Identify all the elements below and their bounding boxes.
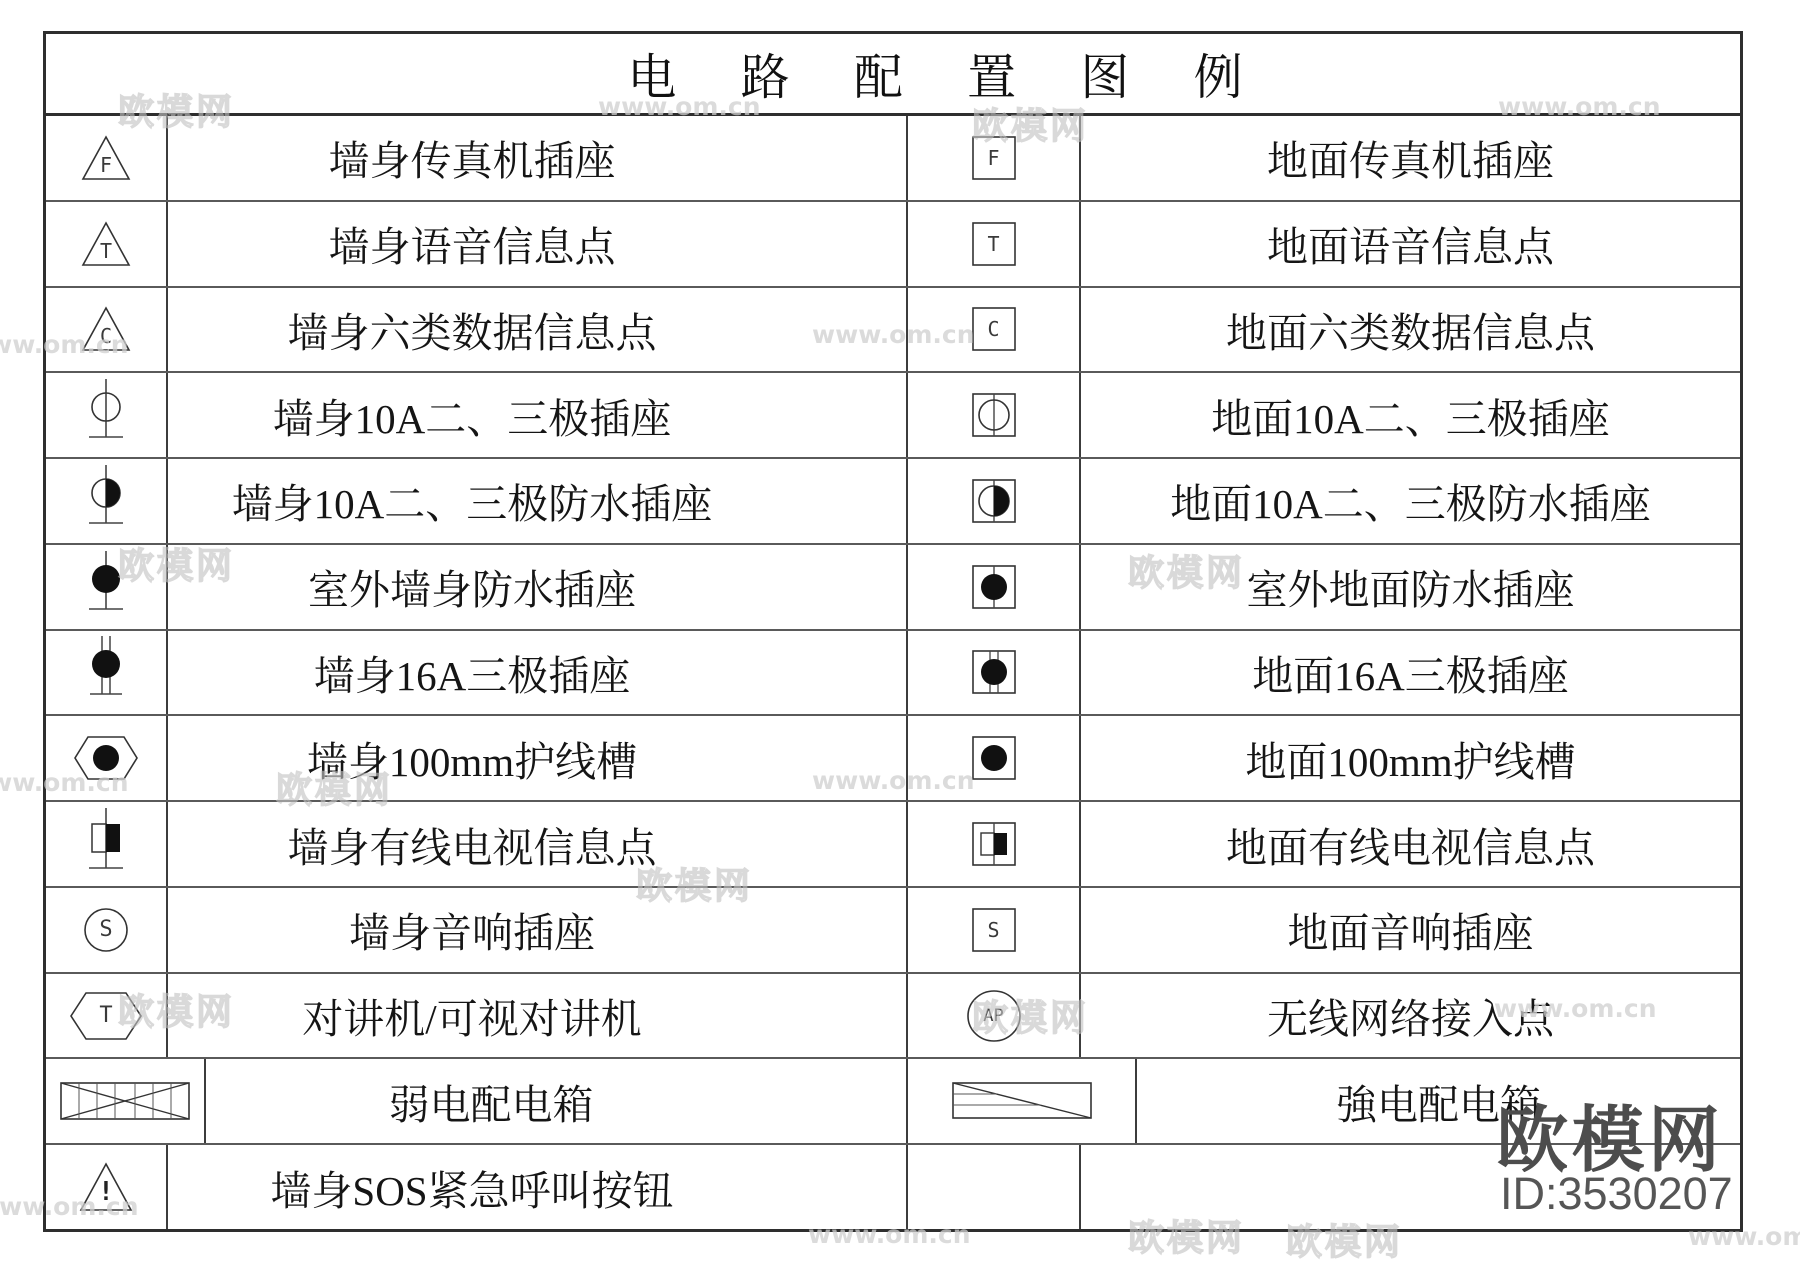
symbol-cell [908,631,1081,715]
triangle-f-icon: F [81,135,131,181]
legend-table: 电 路 配 置 图 例 F 墙身传真机插座 F 地面传真机插座 [43,31,1743,1232]
legend-row: T 墙身语音信息点 T 地面语音信息点 [46,202,1740,288]
legend-label: 墙身传真机插座 [329,128,616,187]
legend-label: 地面语音信息点 [1267,214,1554,273]
square-f-icon: F [971,135,1017,181]
description-cell: 对讲机/可视对讲机 [168,974,908,1058]
legend-row: 墙身10A二、三极插座 地面10A二、三极插座 [46,373,1740,459]
description-cell: 地面10A二、三极插座 [1081,373,1740,457]
description-cell: 地面16A三极插座 [1081,631,1740,715]
legend-label: 墙身100mm护线槽 [307,729,637,788]
square-dot-line-icon [971,564,1017,610]
symbol-cell: S [46,888,168,972]
legend-row: 墙身100mm护线槽 地面100mm护线槽 [46,716,1740,802]
description-cell: 室外墙身防水插座 [168,545,908,629]
symbol-cell [46,545,168,629]
legend-row: C 墙身六类数据信息点 C 地面六类数据信息点 [46,288,1740,374]
legend-label: 地面100mm护线槽 [1245,729,1575,788]
triangle-t-icon: T [81,221,131,267]
description-cell: 地面音响插座 [1081,888,1740,972]
symbol-cell [46,802,168,886]
symbol-letter: F [971,135,1017,181]
circle-socket-icon [86,377,126,453]
circle-s-icon: S [82,906,130,954]
legend-row: 墙身10A二、三极防水插座 地面10A二、三极防水插座 [46,459,1740,545]
diagonal-box-icon [951,1081,1093,1121]
symbol-letter: T [971,221,1017,267]
symbol-cell [46,373,168,457]
site-id-label: ID:3530207 [1500,1168,1718,1220]
square-circle-icon [971,392,1017,438]
legend-row: F 墙身传真机插座 F 地面传真机插座 [46,116,1740,202]
symbol-cell: C [46,288,168,372]
symbol-cell: F [908,116,1081,200]
warning-triangle-icon: ! [79,1162,133,1212]
legend-label: 地面六类数据信息点 [1226,300,1595,359]
legend-label: 墙身10A二、三极插座 [273,386,672,445]
legend-label: 地面16A三极插座 [1252,643,1569,702]
symbol-letter: C [971,306,1017,352]
symbol-letter: AP [965,988,1023,1044]
triangle-c-icon: C [81,306,131,352]
page-title: 电 路 配 置 图 例 [627,39,1268,109]
description-cell: 墙身SOS紧急呼叫按钮 [168,1145,908,1229]
square-circle-half-filled-icon [971,478,1017,524]
legend-label: 墙身有线电视信息点 [288,815,657,874]
description-cell: 地面10A二、三极防水插座 [1081,459,1740,543]
legend-label: 室外地面防水插座 [1247,557,1575,616]
legend-row: T 对讲机/可视对讲机 AP 无线网络接入点 [46,974,1740,1060]
symbol-cell [908,716,1081,800]
symbol-cell [908,459,1081,543]
description-cell: 无线网络接入点 [1081,974,1740,1058]
description-cell: 地面六类数据信息点 [1081,288,1740,372]
symbol-cell: ! [46,1145,168,1229]
legend-label: 无线网络接入点 [1267,986,1554,1045]
square-t-icon: T [971,221,1017,267]
legend-label: 墙身10A二、三极防水插座 [232,471,713,530]
symbol-cell: F [46,116,168,200]
legend-row: 弱电配电箱 強电配电箱 [46,1059,1740,1145]
legend-label: 墙身16A三极插座 [314,643,631,702]
legend-label: 墙身语音信息点 [329,214,616,273]
square-dot-icon [971,735,1017,781]
symbol-letter: T [67,989,145,1043]
legend-label: 地面10A二、三极插座 [1211,386,1610,445]
legend-row: ! 墙身SOS紧急呼叫按钮 [46,1145,1740,1229]
legend-row: 墙身有线电视信息点 地面有线电视信息点 [46,802,1740,888]
symbol-cell [908,373,1081,457]
symbol-cell: S [908,888,1081,972]
description-cell: 地面100mm护线槽 [1081,716,1740,800]
square-split-icon [971,821,1017,867]
symbol-letter: C [81,306,131,352]
square-c-icon: C [971,306,1017,352]
legend-label: 墙身音响插座 [349,900,595,959]
table-title-row: 电 路 配 置 图 例 [46,34,1740,116]
description-cell: 室外地面防水插座 [1081,545,1740,629]
description-cell: 弱电配电箱 [206,1059,908,1143]
square-dot-double-line-icon [971,649,1017,695]
hexagon-t-icon: T [67,989,145,1043]
symbol-cell [908,1145,1081,1229]
description-cell: 墙身六类数据信息点 [168,288,908,372]
legend-label: 墙身SOS紧急呼叫按钮 [270,1158,673,1217]
description-cell: 墙身100mm护线槽 [168,716,908,800]
legend-label: 地面传真机插座 [1267,128,1554,187]
symbol-letter: ! [79,1162,133,1212]
circle-socket-filled-double-line-icon [86,634,126,710]
symbol-cell [46,1059,206,1143]
symbol-letter: T [81,221,131,267]
legend-row: 室外墙身防水插座 室外地面防水插座 [46,545,1740,631]
legend-label: 室外墙身防水插座 [308,557,636,616]
symbol-letter: F [81,135,131,181]
description-cell: 墙身传真机插座 [168,116,908,200]
hexagon-dot-icon [73,733,139,783]
symbol-cell [908,802,1081,886]
legend-label: 地面有线电视信息点 [1226,815,1595,874]
symbol-letter: S [82,906,130,954]
legend-label: 对讲机/可视对讲机 [302,986,641,1045]
symbol-cell [908,545,1081,629]
circle-socket-filled-icon [86,549,126,625]
legend-label: 地面10A二、三极防水插座 [1170,471,1651,530]
crossed-box-icon [59,1079,191,1123]
symbol-letter: S [971,907,1017,953]
description-cell: 地面有线电视信息点 [1081,802,1740,886]
tv-split-box-icon [84,806,128,882]
symbol-cell [46,716,168,800]
description-cell: 墙身10A二、三极防水插座 [168,459,908,543]
symbol-cell [46,459,168,543]
description-cell: 墙身有线电视信息点 [168,802,908,886]
description-cell: 墙身音响插座 [168,888,908,972]
legend-row: 墙身16A三极插座 地面16A三极插座 [46,631,1740,717]
symbol-cell: C [908,288,1081,372]
description-cell: 地面传真机插座 [1081,116,1740,200]
symbol-cell: T [46,202,168,286]
description-cell: 墙身语音信息点 [168,202,908,286]
symbol-cell [46,631,168,715]
symbol-cell: T [908,202,1081,286]
legend-label: 弱电配电箱 [389,1072,594,1131]
cad-legend-sheet: 电 路 配 置 图 例 F 墙身传真机插座 F 地面传真机插座 [0,0,1800,1273]
legend-label: 地面音响插座 [1288,900,1534,959]
circle-ap-icon: AP [965,988,1023,1044]
description-cell: 地面语音信息点 [1081,202,1740,286]
symbol-cell [908,1059,1137,1143]
circle-socket-half-filled-icon [86,463,126,539]
description-cell: 墙身10A二、三极插座 [168,373,908,457]
legend-row: S 墙身音响插座 S 地面音响插座 [46,888,1740,974]
symbol-cell: AP [908,974,1081,1058]
square-s-icon: S [971,907,1017,953]
legend-label: 墙身六类数据信息点 [288,300,657,359]
symbol-cell: T [46,974,168,1058]
description-cell: 墙身16A三极插座 [168,631,908,715]
